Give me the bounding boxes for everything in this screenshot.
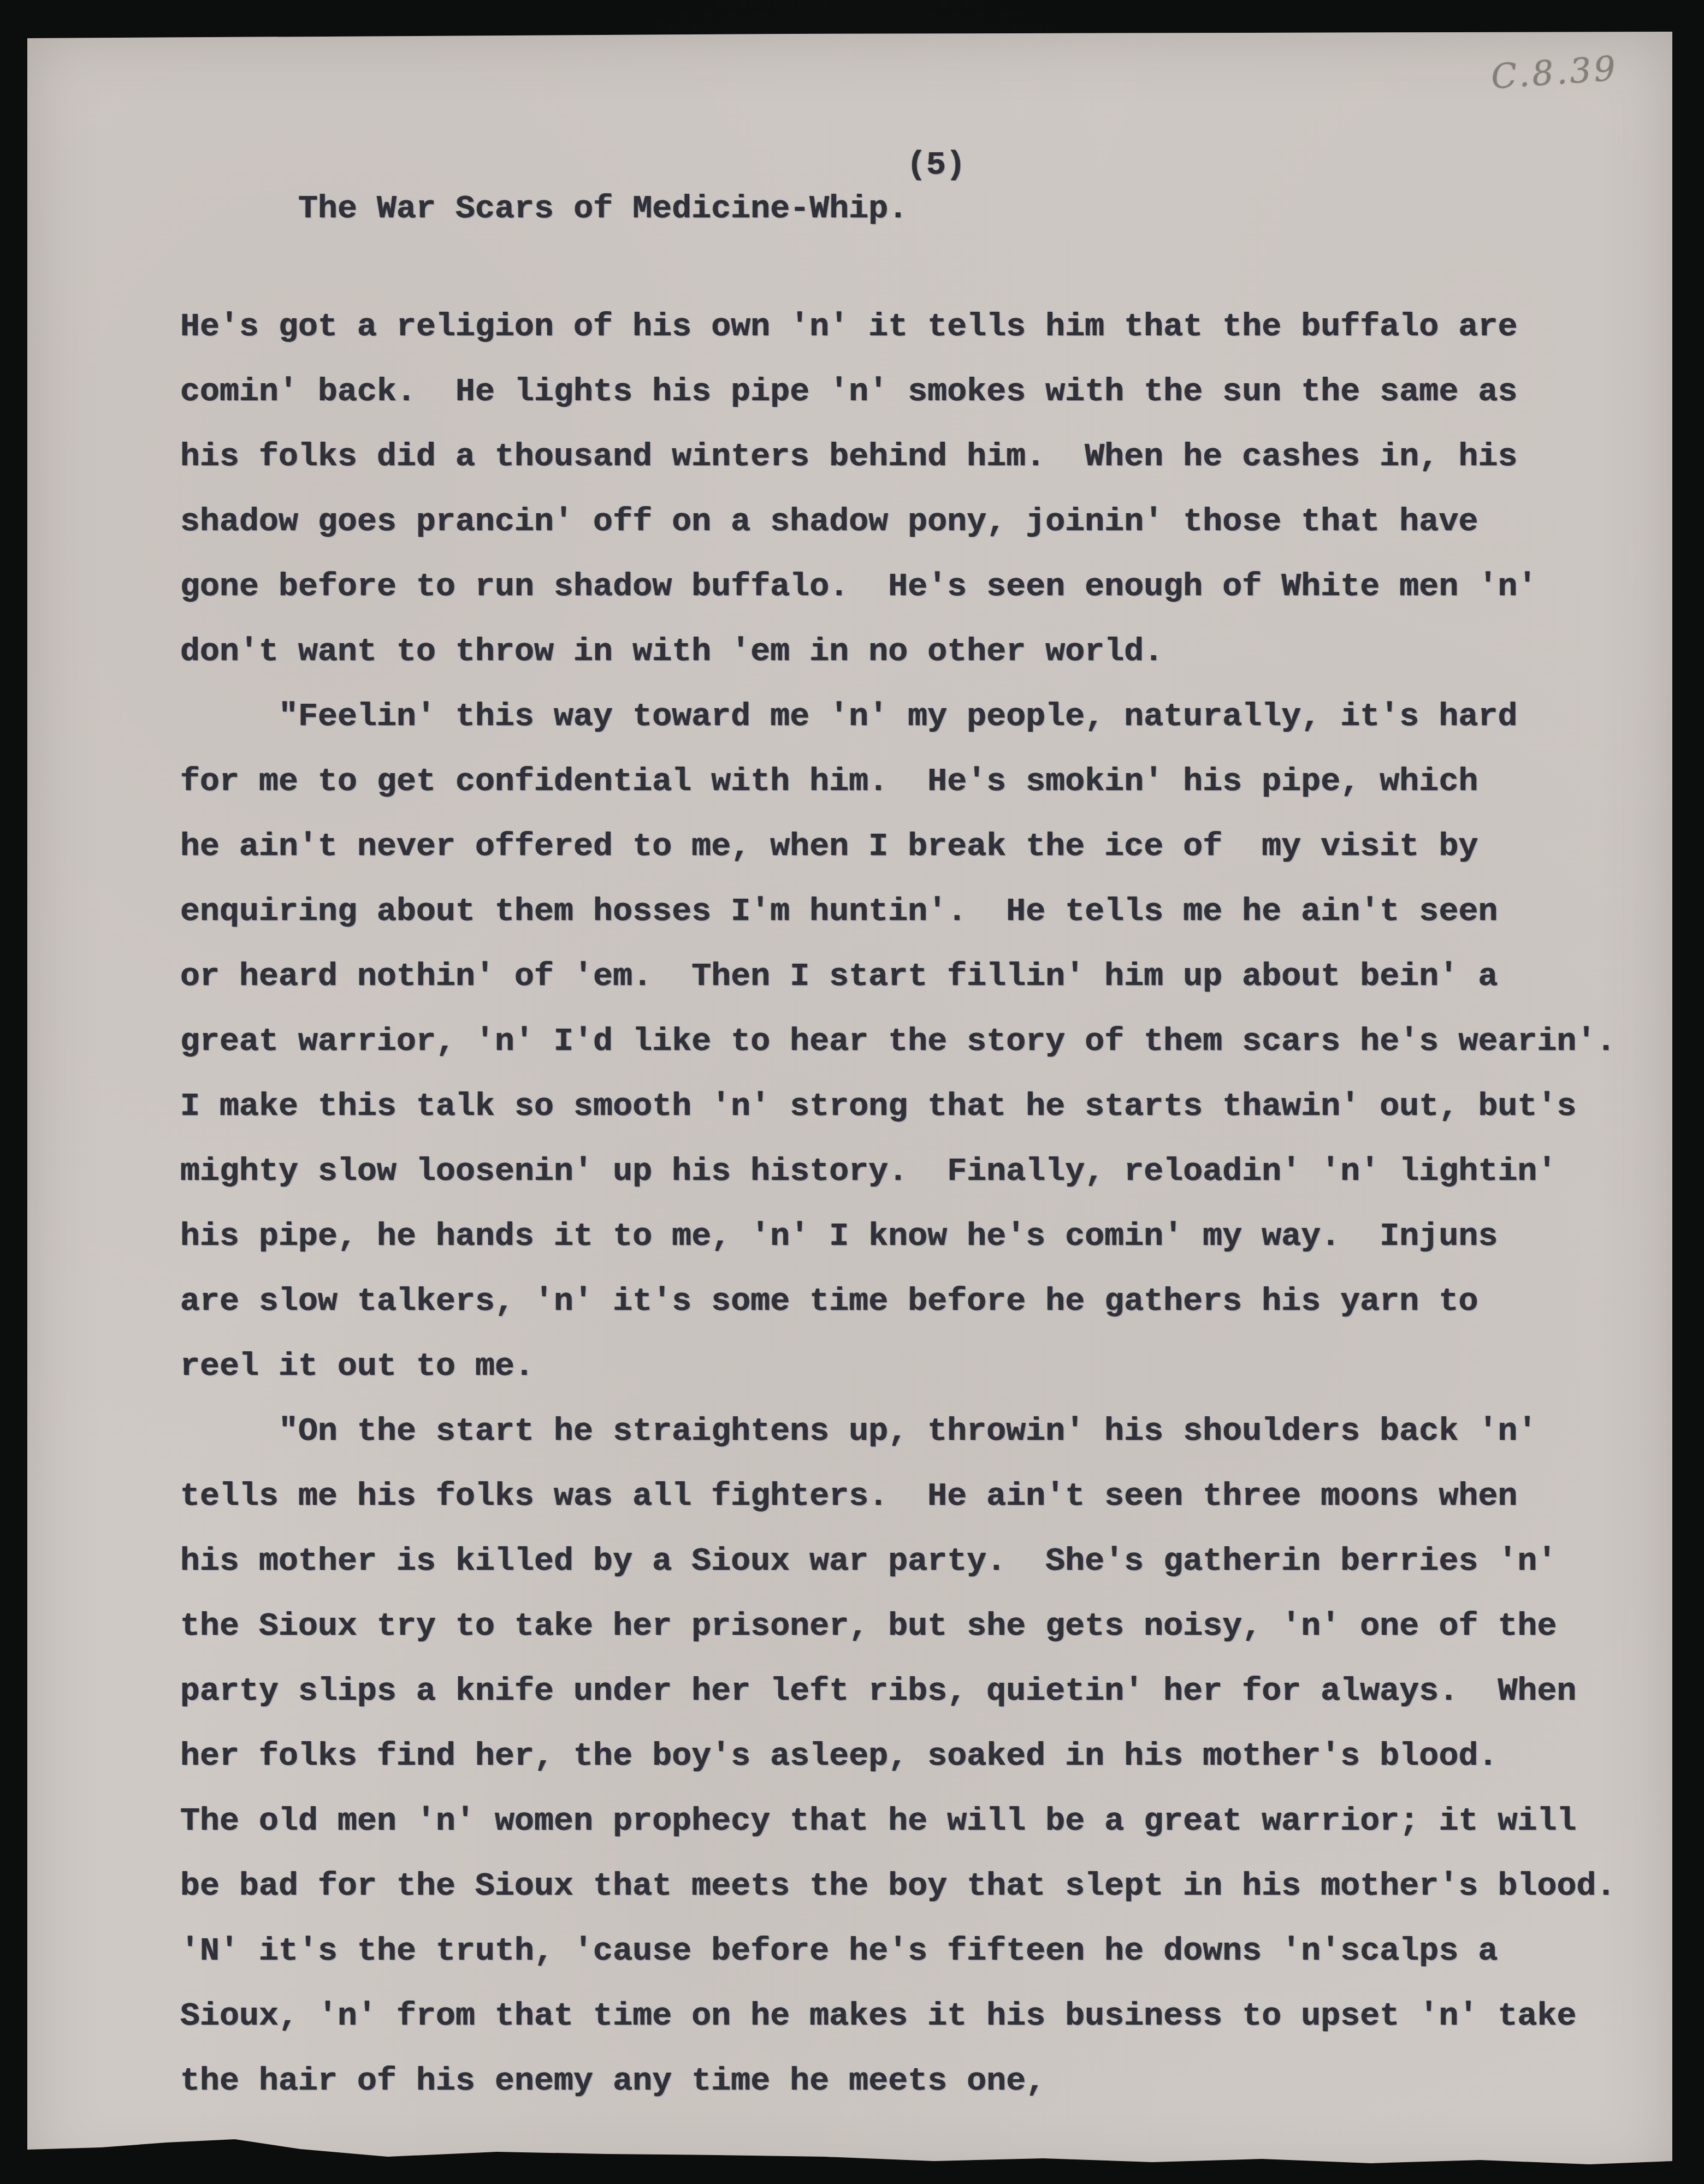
title-row: The War Scars of Medicine-Whip. (5) [180, 144, 908, 187]
scan-background: C.8.39 The War Scars of Medicine-Whip. (… [0, 0, 1704, 2184]
page-number: (5) [907, 144, 966, 187]
handwritten-catalog-number: C.8.39 [1490, 48, 1620, 97]
document-page: C.8.39 The War Scars of Medicine-Whip. (… [27, 32, 1672, 2184]
page-title: The War Scars of Medicine-Whip. [298, 191, 908, 228]
typewritten-body: He's got a religion of his own 'n' it te… [180, 295, 1616, 2114]
